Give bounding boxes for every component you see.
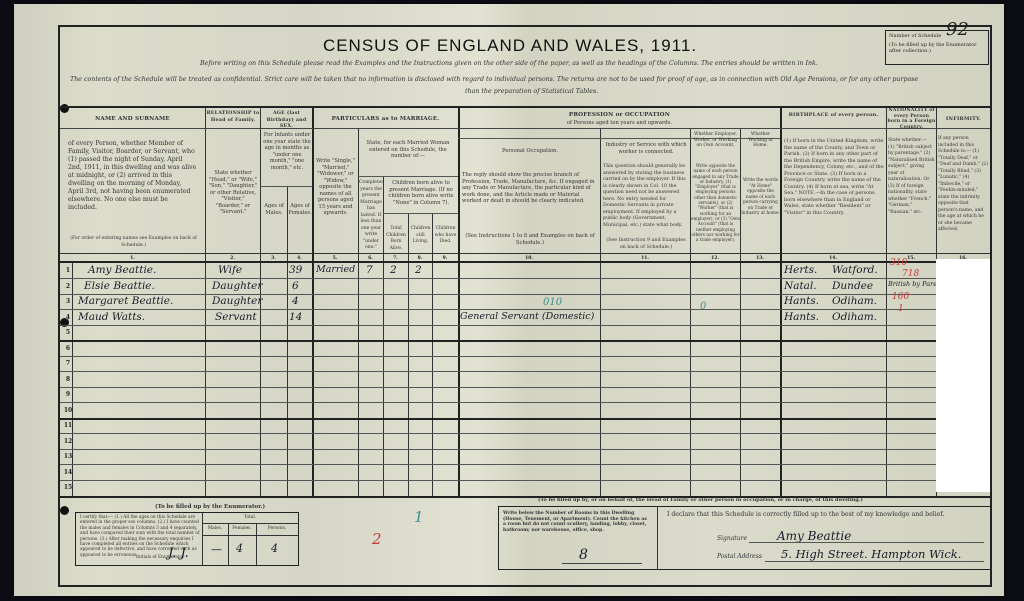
- row-number: 11: [62, 422, 74, 429]
- cell-age-female: 4: [292, 295, 299, 307]
- cell-condition: Married: [316, 264, 355, 275]
- header-marriage: PARTICULARS as to MARRIAGE.: [313, 116, 458, 123]
- census-table: NAME AND SURNAME of every Person, whethe…: [60, 106, 990, 498]
- header-personal-occupation: Personal Occupation.: [460, 148, 600, 155]
- cell-children-living: 2: [415, 264, 422, 276]
- cell-code: 1: [898, 304, 904, 314]
- cell-town: Watford.: [832, 264, 878, 276]
- header-birthplace: BIRTHPLACE of every person.: [781, 112, 886, 119]
- cell-county: Hants.: [784, 295, 819, 307]
- header-employer: Whether Employer, Worker, or Working on …: [691, 132, 740, 149]
- col-num: 9.: [432, 256, 458, 261]
- cell-occupation: General Servant (Domestic): [460, 311, 594, 322]
- header-relationship: RELATIONSHIP to Head of Family.: [206, 110, 260, 123]
- household-declaration-box: Write below the Number of Rooms in this …: [498, 506, 992, 570]
- row-number: 5: [62, 329, 74, 336]
- enumerator-certificate-box: I certify that:— (1.) All the ages on th…: [75, 512, 299, 566]
- persons-label: Persons.: [256, 526, 298, 532]
- instruction-line-2b: than the preparation of Statistical Tabl…: [465, 88, 598, 95]
- header-name-body: of every Person, whether Member of Famil…: [68, 140, 198, 212]
- cell-town: Odiham.: [832, 311, 877, 323]
- schedule-number: 92: [946, 27, 969, 33]
- enumerator-initials: J. J.: [168, 546, 189, 561]
- cell-relationship: Servant: [215, 311, 257, 323]
- cell-age-female: 14: [289, 311, 302, 323]
- header-children-total: Total Children Born Alive.: [384, 226, 408, 252]
- row-number: 2: [62, 283, 74, 290]
- header-personal-body: The reply should show the precise branch…: [462, 172, 598, 205]
- col-num: 6.: [358, 256, 383, 261]
- header-nationality-body: State whether:— (1) "British subject by …: [888, 138, 935, 216]
- household-heading: (To be filled up by, or on behalf of, th…: [538, 497, 863, 503]
- col-num: 2.: [205, 256, 260, 261]
- row-number: 3: [62, 298, 74, 305]
- schedule-number-label: Number of Schedule: [889, 33, 941, 39]
- header-children-died: Children who have Died.: [433, 226, 458, 246]
- cell-name: Amy Beattie.: [88, 264, 156, 276]
- cell-code: 718: [902, 269, 919, 279]
- header-age-body: For Infants under one year state the age…: [263, 132, 311, 171]
- header-home: Whether Working at Home.: [741, 132, 780, 149]
- col-num: 1.: [60, 256, 205, 261]
- header-infirmity-body: If any person included in this Schedule …: [938, 136, 989, 234]
- cell-county: Natal.: [784, 280, 817, 292]
- header-occupation: PROFESSION or OCCUPATION: [459, 112, 780, 119]
- header-employer-body: Write opposite the name of each person e…: [691, 163, 740, 242]
- col-num: 10.: [458, 256, 600, 261]
- total-persons: 4: [271, 542, 278, 555]
- cell-employer-code: 0: [700, 301, 706, 312]
- cell-relationship: Daughter: [212, 280, 262, 292]
- col-num: 11.: [600, 256, 690, 261]
- cell-name: Maud Watts.: [78, 311, 145, 323]
- instruction-line-1: Before writing on this Schedule please r…: [200, 60, 818, 67]
- instruction-line-2a: The contents of the Schedule will be tre…: [70, 76, 918, 83]
- col-num: 7.: [383, 256, 408, 261]
- total-label: Total.: [202, 515, 298, 521]
- col-num: 3.: [260, 256, 287, 261]
- row-number: 10: [62, 407, 74, 414]
- header-industry-note: (See Instruction 9 and Examples on back …: [603, 238, 689, 251]
- cell-age-female: 39: [289, 264, 302, 276]
- header-age-males: Ages of Males.: [261, 203, 287, 216]
- header-nationality: NATIONALITY of every Person born in a Fo…: [887, 108, 936, 130]
- col-num: 4.: [287, 256, 312, 261]
- page-title: CENSUS OF ENGLAND AND WALES, 1911.: [300, 36, 720, 56]
- cell-town: Odiham.: [832, 295, 877, 307]
- schedule-number-box: Number of Schedule 92 (To be filled up b…: [885, 30, 989, 65]
- header-home-body: Write the words "At Home" opposite the n…: [741, 178, 780, 217]
- enumerator-heading: (To be filled up by the Enumerator.): [155, 504, 265, 510]
- cell-children-total: 2: [390, 264, 397, 276]
- header-name-note: (For order of entering names see Example…: [66, 236, 201, 249]
- header-age: AGE (last Birthday) and SEX.: [261, 110, 312, 130]
- total-males: —: [211, 543, 222, 556]
- row-number: 13: [62, 453, 74, 460]
- cell-years-married: 7: [366, 264, 373, 276]
- males-label: Males.: [202, 526, 228, 532]
- header-occupation-subtitle: of Persons aged ten years and upwards.: [459, 120, 780, 127]
- rooms-count: 8: [579, 547, 588, 563]
- col-num: 14.: [780, 256, 886, 261]
- header-children-living: Children still Living.: [409, 226, 432, 246]
- row-number: 15: [62, 484, 74, 491]
- rooms-instruction: Write below the Number of Rooms in this …: [503, 511, 651, 533]
- row-number: 12: [62, 438, 74, 445]
- redacted-area: [936, 259, 990, 492]
- declaration-text: I declare that this Schedule is correctl…: [667, 512, 944, 518]
- col-num: 8.: [408, 256, 432, 261]
- postal-address-label: Postal Address: [717, 554, 762, 560]
- enumerator-red-mark: 2: [372, 530, 382, 548]
- cell-relationship: Wife: [218, 264, 242, 276]
- row-number: 14: [62, 469, 74, 476]
- cell-age-female: 6: [292, 280, 299, 292]
- cell-occupation-code: 010: [543, 297, 562, 308]
- header-industry-body: This question should generally be answer…: [603, 164, 689, 229]
- signature: Amy Beattie: [777, 529, 851, 543]
- header-industry: Industry or Service with which worker is…: [602, 142, 690, 155]
- signature-label: Signature: [717, 536, 747, 542]
- row-number: 1: [62, 267, 74, 274]
- cell-code: 160: [892, 292, 909, 302]
- header-personal-note: (See Instructions 1 to 8 and Examples on…: [462, 233, 598, 246]
- cell-code: 310: [890, 258, 907, 268]
- cell-name: Elsie Beattie.: [84, 280, 155, 292]
- header-relationship-body: State whether "Head," or "Wife," "Son," …: [208, 170, 258, 216]
- header-name: NAME AND SURNAME: [60, 116, 205, 123]
- row-number: 9: [62, 391, 74, 398]
- row-number: 4: [62, 314, 74, 321]
- cell-name: Margaret Beattie.: [78, 295, 173, 307]
- total-females: 4: [236, 542, 243, 555]
- header-infirmity: INFIRMITY.: [937, 116, 990, 123]
- cell-county: Hants.: [784, 311, 819, 323]
- enumerator-teal-mark: 1: [414, 508, 424, 526]
- cell-relationship: Daughter: [212, 295, 262, 307]
- col-num: 13.: [740, 256, 780, 261]
- row-number: 6: [62, 345, 74, 352]
- header-marriage-completed: Completed years the present Marriage has…: [359, 180, 383, 252]
- schedule-number-note: (To be filled up by the Enumerator after…: [889, 42, 985, 54]
- col-num: 5.: [312, 256, 358, 261]
- postal-address: 5. High Street. Hampton Wick.: [781, 547, 961, 561]
- header-marriage-state: State, for each Married Woman entered on…: [360, 140, 456, 160]
- col-num: 12.: [690, 256, 740, 261]
- header-age-females: Ages of Females.: [288, 203, 312, 216]
- header-marriage-write: Write "Single," "Married," "Widower," or…: [314, 158, 357, 217]
- cell-county: Herts.: [784, 264, 817, 276]
- header-birthplace-body: (1) If born in the United Kingdom, write…: [784, 138, 884, 216]
- row-number: 7: [62, 360, 74, 367]
- females-label: Females.: [228, 526, 256, 532]
- row-number: 8: [62, 376, 74, 383]
- header-marriage-children: Children born alive to present Marriage.…: [385, 180, 457, 206]
- cell-town: Dundee: [832, 280, 873, 292]
